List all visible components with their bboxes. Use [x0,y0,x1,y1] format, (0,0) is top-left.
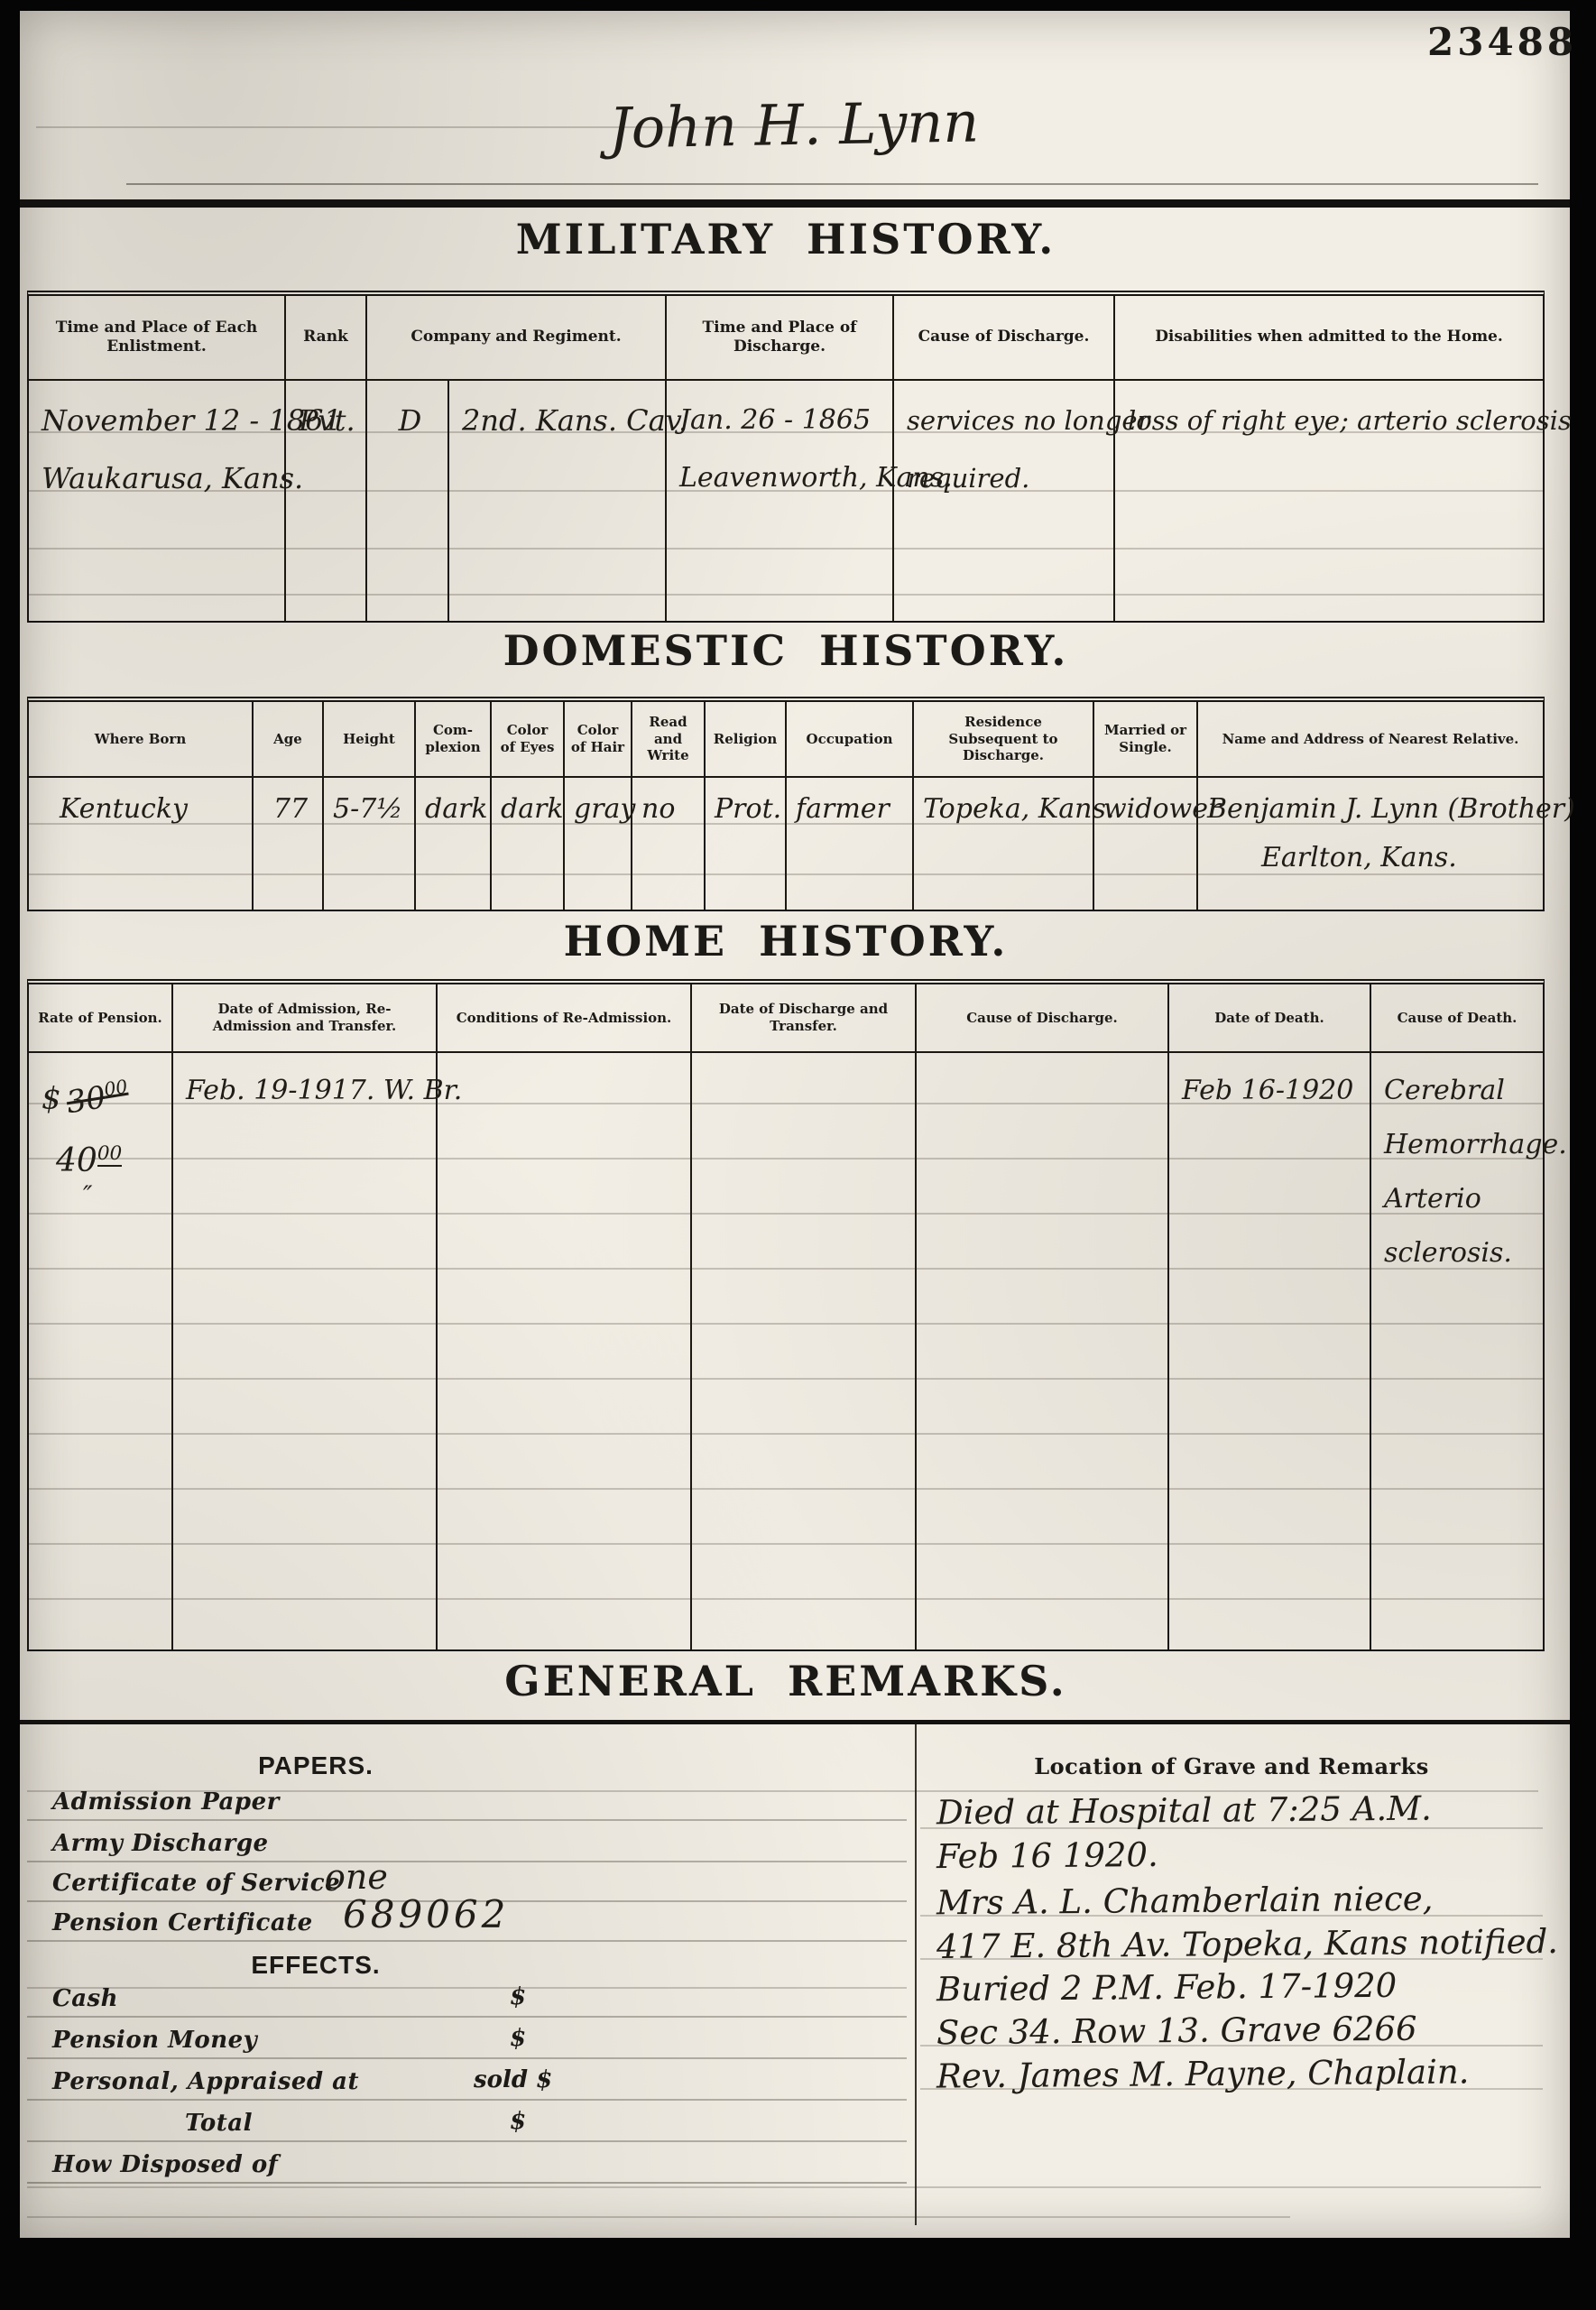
papers-label: Admission Paper [52,1790,280,1814]
ruled-line [27,2216,1290,2218]
eye-color-entry: dark [501,785,559,834]
discharge-date-entry: Jan. 26 - 1865 [679,392,885,449]
ruled-line [920,2088,1543,2090]
hair-color-entry-cell: gray [565,778,632,910]
death-date-entry: Feb 16-1920 [1182,1064,1362,1118]
domestic-history-title: DOMESTIC HISTORY. [27,628,1545,674]
military-header-disabilities: Disabilities when admitted to the Home. [1115,296,1543,381]
papers-label: Army Discharge [52,1832,269,1855]
readmission-conditions-entry-cell [438,1053,692,1649]
ruled-line [920,1915,1543,1917]
ruled-line [29,548,1543,550]
papers-row-admission-paper: Admission Paper [27,1781,907,1821]
home-header-discharge-transfer: Date of Discharge and Transfer. [692,984,917,1053]
effects-row-cash: Cash $ [27,1978,907,2018]
home-header-pension-rate: Rate of Pension. [29,984,173,1053]
rank-entry-cell: Pvt. [286,381,367,621]
pension-ditto-mark: ″ [42,1187,164,1205]
hair-color-entry: gray [574,785,627,834]
read-write-entry: no [641,785,700,834]
effects-label: Pension Money [52,2028,257,2052]
company-entry-cell: D [367,381,449,621]
effects-label: Cash [52,1987,118,2010]
where-born-entry-cell: Kentucky [29,778,254,910]
enlistment-place-entry: Waukarusa, Kans. [42,449,277,507]
occupation-entry-cell: farmer [787,778,914,910]
home-discharge-cause-entry-cell [917,1053,1169,1649]
death-cause-line2: Hemorrhage. [1384,1118,1536,1172]
ruled-line [29,431,1543,433]
pension-rate-entry-cell: $ 3000 4000 ″ [29,1053,173,1649]
death-cause-line4: sclerosis. [1384,1226,1536,1280]
domestic-header-relative: Name and Address of Nearest Relative. [1198,702,1543,778]
pension-old-rate-struck: 3000 [61,1059,133,1130]
grave-remark-line: Died at Hospital at 7:25 A.M. [936,1792,1432,1830]
age-entry-cell: 77 [254,778,324,910]
domestic-header-occupation: Occupation [787,702,914,778]
domestic-header-height: Height [324,702,416,778]
discharge-cause-line1: services no longer [907,392,1106,449]
ruled-line [29,1323,1543,1325]
admission-date-entry-cell: Feb. 19-1917. W. Br. [173,1053,438,1649]
religion-entry: Prot. [715,785,781,834]
ruled-line [920,1958,1543,1960]
header-divider-line [20,199,1570,208]
rank-entry: Pvt. [299,392,358,449]
disabilities-entry: loss of right eye; arterio sclerosis [1128,392,1536,449]
domestic-header-eyes: Color of Eyes [492,702,565,778]
record-number: 23488 [1427,23,1577,61]
age-entry: 77 [263,785,318,834]
home-history-title: HOME HISTORY. [27,919,1545,965]
effects-row-pension-money: Pension Money $ [27,2019,907,2059]
residence-entry: Topeka, Kans. [923,785,1089,834]
ruled-line [29,1103,1543,1104]
where-born-entry: Kentucky [38,785,248,834]
general-remarks-title: GENERAL REMARKS. [27,1659,1545,1705]
effects-heading: EFFECTS. [27,1953,604,1978]
military-header-company-regiment: Company and Regiment. [367,296,667,381]
grave-remarks-heading: Location of Grave and Remarks [920,1756,1543,1778]
remarks-divider-line [20,1720,1570,1724]
relative-entry-cell: Benjamin J. Lynn (Brother) Earlton, Kans… [1198,778,1543,910]
domestic-header-age: Age [254,702,324,778]
ruled-line [29,490,1543,492]
married-single-entry: widower [1103,785,1193,834]
papers-label: Pension Certificate [52,1911,313,1935]
pension-dollar-sign: $ [42,1080,61,1116]
papers-heading: PAPERS. [27,1753,604,1779]
ruled-line [29,1598,1543,1600]
name-underline [126,183,1538,185]
company-entry: D [380,392,440,449]
ruled-line [29,594,1543,596]
regiment-entry-cell: 2nd. Kans. Cav. [449,381,667,621]
eye-color-entry-cell: dark [492,778,565,910]
ruled-line [920,2045,1543,2047]
religion-entry-cell: Prot. [706,778,787,910]
effects-label: Personal, Appraised at [52,2070,359,2093]
disabilities-entry-cell: loss of right eye; arterio sclerosis [1115,381,1543,621]
military-header-cause: Cause of Discharge. [894,296,1115,381]
read-write-entry-cell: no [632,778,706,910]
military-header-discharge: Time and Place of Discharge. [667,296,894,381]
effects-row-personal-appraised: Personal, Appraised at sold $ [27,2061,907,2101]
ruled-line [29,1213,1543,1215]
domestic-history-table: Where Born Age Height Com-plexion Color … [27,697,1545,911]
home-history-table: Rate of Pension. Date of Admission, Re-A… [27,979,1545,1651]
ruled-line [29,1488,1543,1490]
home-header-admission: Date of Admission, Re-Admission and Tran… [173,984,438,1053]
regiment-entry: 2nd. Kans. Cav. [462,392,658,449]
complexion-entry: dark [425,785,486,834]
papers-value: one [325,1857,388,1897]
height-entry: 5-7½ [333,785,411,834]
domestic-header-where-born: Where Born [29,702,254,778]
death-cause-entry-cell: Cerebral Hemorrhage. Arterio sclerosis. [1371,1053,1543,1649]
enlistment-date-entry: November 12 - 1861 [42,392,277,449]
effects-row-how-disposed-of: How Disposed of [27,2144,907,2184]
papers-row-army-discharge: Army Discharge [27,1823,907,1862]
papers-label: Certificate of Service [52,1871,340,1895]
domestic-header-religion: Religion [706,702,787,778]
residence-entry-cell: Topeka, Kans. [914,778,1094,910]
ruled-line [29,1158,1543,1160]
discharge-cause-line2: required. [907,449,1106,507]
military-header-enlistment: Time and Place of Each Enlistment. [29,296,286,381]
relative-name-entry: Benjamin J. Lynn (Brother) [1207,785,1539,834]
effects-amount-prefix: $ [510,2108,526,2135]
effects-label: Total [185,2111,253,2135]
occupation-entry: farmer [796,785,909,834]
death-date-entry-cell: Feb 16-1920 [1169,1053,1371,1649]
admission-date-entry: Feb. 19-1917. W. Br. [186,1064,429,1118]
remarks-column-divider [915,1724,917,2225]
ruled-line [29,1268,1543,1270]
complexion-entry-cell: dark [416,778,492,910]
ruled-line [27,2186,1541,2188]
home-header-death-date: Date of Death. [1169,984,1371,1053]
ruled-line [29,1543,1543,1545]
grave-remark-line: Buried 2 P.M. Feb. 17-1920 [936,1969,1398,2006]
effects-label: How Disposed of [52,2153,278,2176]
ruled-line [29,823,1543,825]
effects-amount-prefix: $ [510,2025,526,2052]
domestic-header-hair: Color of Hair [565,702,632,778]
domestic-header-married: Married or Single. [1094,702,1198,778]
ruled-line [29,1433,1543,1435]
soldier-name-entry: John H. Lynn [504,87,1083,162]
discharge-place-entry: Leavenworth, Kans. [679,449,885,507]
military-history-table: Time and Place of Each Enlistment. Rank … [27,291,1545,623]
home-header-death-cause: Cause of Death. [1371,984,1543,1053]
home-header-discharge-cause: Cause of Discharge. [917,984,1169,1053]
domestic-header-residence: Residence Subsequent to Discharge. [914,702,1094,778]
military-header-rank: Rank [286,296,367,381]
enlistment-entry-cell: November 12 - 1861 Waukarusa, Kans. [29,381,286,621]
effects-row-total: Total $ [27,2102,907,2142]
married-single-entry-cell: widower [1094,778,1198,910]
ruled-line [29,1378,1543,1380]
military-history-title: MILITARY HISTORY. [27,217,1545,263]
discharge-transfer-entry-cell [692,1053,917,1649]
domestic-header-read-write: Read and Write [632,702,706,778]
height-entry-cell: 5-7½ [324,778,416,910]
death-cause-line3: Arterio [1384,1172,1536,1226]
effects-amount-prefix: $ [510,1983,526,2010]
death-cause-line1: Cerebral [1384,1064,1536,1118]
effects-amount-prefix: sold $ [474,2066,552,2093]
grave-remark-line: Feb 16 1920. [936,1838,1158,1873]
discharge-cause-entry-cell: services no longer required. [894,381,1115,621]
ruled-line [29,873,1543,875]
papers-value: 689062 [343,1892,509,1936]
home-header-readmission-conditions: Conditions of Re-Admission. [438,984,692,1053]
ruled-line [920,1827,1543,1829]
domestic-header-complexion: Com-plexion [416,702,492,778]
discharge-entry-cell: Jan. 26 - 1865 Leavenworth, Kans. [667,381,894,621]
papers-row-pension-certificate: Pension Certificate 689062 [27,1902,907,1942]
